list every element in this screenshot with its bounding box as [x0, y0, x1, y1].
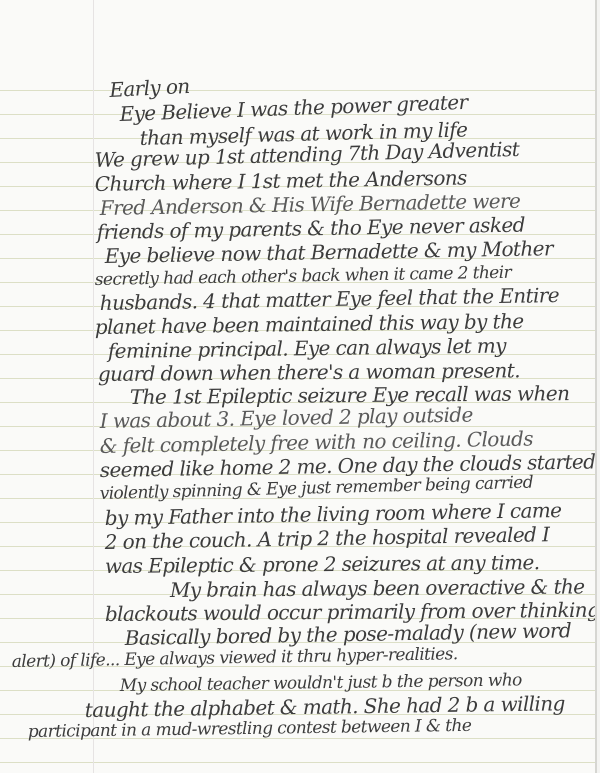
rule-line	[0, 90, 595, 91]
notebook-page: Early on Eye Believe I was the power gre…	[0, 0, 597, 773]
line-was-epileptic: was Epileptic & prone 2 seizures at any …	[105, 550, 540, 578]
line-participant: participant in a mud-wrestling contest b…	[28, 714, 472, 744]
line-early-on: Early on	[109, 74, 190, 102]
rule-line	[0, 762, 595, 763]
